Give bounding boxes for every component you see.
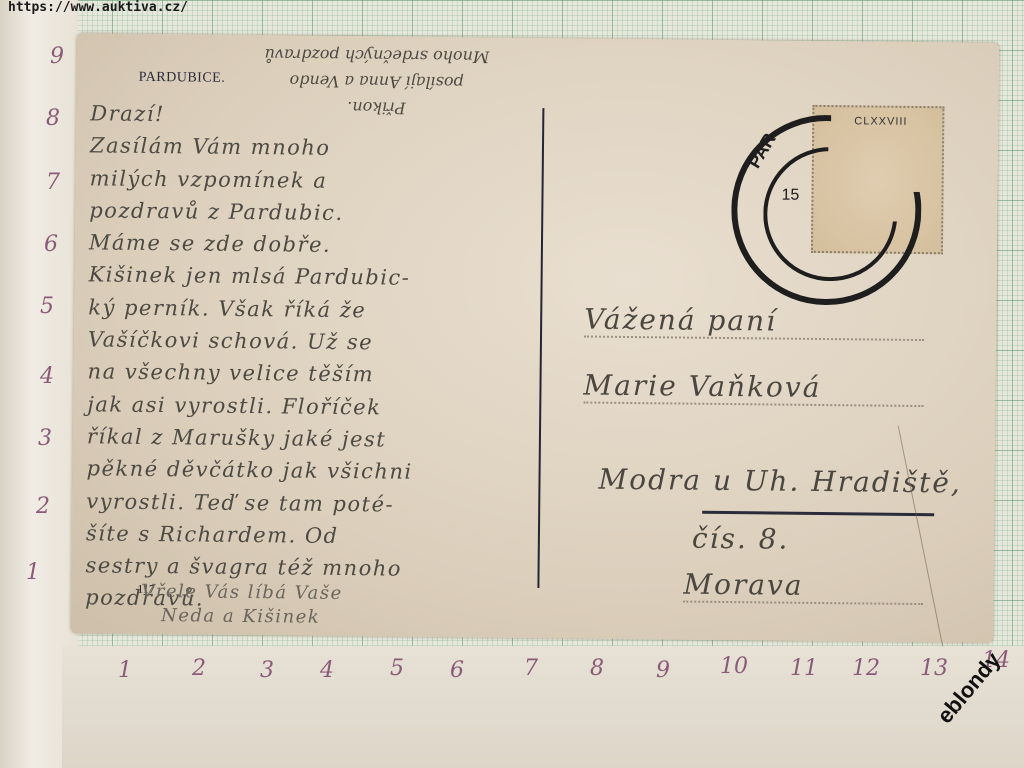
ruler-label-horizontal: 11 bbox=[790, 656, 818, 681]
ruler-label-horizontal: 1 bbox=[118, 658, 132, 683]
postmark-day: 15 bbox=[781, 187, 799, 205]
address-salutation: Vážená paní bbox=[584, 303, 924, 342]
postcard: PARDUBICE. Přikon. posílají Anna a Vendo… bbox=[71, 33, 999, 643]
stamp-code: CLXXVIII bbox=[854, 115, 907, 128]
ruler-label-vertical: 6 bbox=[44, 232, 58, 257]
message-line: Kišinek jen mlsá Pardubic- bbox=[88, 259, 548, 296]
ruler-label-vertical: 2 bbox=[36, 494, 50, 519]
message-line: Máme se zde dobře. bbox=[89, 227, 549, 264]
address-house-number: čís. 8. bbox=[692, 522, 892, 557]
note-line: Mnoho srdečných pozdravů bbox=[197, 40, 557, 70]
address-region: Morava bbox=[683, 568, 923, 606]
message-line: šíte s Richardem. Od bbox=[86, 517, 546, 554]
signature: Vřele Vás líbá Vaše Neda a Kišinek bbox=[141, 580, 343, 630]
ruler-label-horizontal: 12 bbox=[852, 656, 880, 681]
handwritten-message: Drazí! Zasílám Vám mnoho milých vzpomíne… bbox=[85, 97, 550, 619]
ruler-label-vertical: 5 bbox=[40, 294, 54, 319]
message-line: Zasílám Vám mnoho bbox=[90, 130, 550, 167]
ruler-label-horizontal: 3 bbox=[260, 658, 274, 683]
ruler-label-vertical: 3 bbox=[38, 426, 52, 451]
ruler-label-vertical: 1 bbox=[26, 560, 40, 585]
ruler-label-horizontal: 2 bbox=[192, 656, 206, 681]
ruler-label-horizontal: 10 bbox=[720, 654, 748, 679]
note-line: posílají Anna a Vendo bbox=[197, 66, 557, 96]
ruler-label-vertical: 7 bbox=[46, 170, 60, 195]
message-line: pozdravů z Pardubic. bbox=[89, 194, 549, 231]
source-url-watermark: https://www.auktiva.cz/ bbox=[8, 0, 188, 15]
ruler-label-horizontal: 4 bbox=[320, 658, 334, 683]
ruler-label-horizontal: 7 bbox=[524, 656, 538, 681]
message-line: na všechny velice těším bbox=[87, 356, 547, 393]
message-line: Drazí! bbox=[90, 97, 550, 134]
message-line: ký perník. Však říká že bbox=[88, 291, 548, 328]
ruler-label-horizontal: 8 bbox=[590, 656, 604, 681]
ruler-label-horizontal: 6 bbox=[450, 658, 464, 683]
ruler-label-horizontal: 5 bbox=[390, 656, 404, 681]
message-line: pěkné děvčátko jak všichni bbox=[86, 453, 546, 490]
message-line: vyrostli. Teď se tam poté- bbox=[86, 485, 546, 522]
message-line: milých vzpomínek a bbox=[89, 162, 549, 199]
ruler-label-vertical: 4 bbox=[40, 364, 54, 389]
message-line: Vašíčkovi schová. Už se bbox=[88, 323, 548, 360]
signature-line: Vřele Vás líbá Vaše bbox=[141, 580, 343, 606]
ruler-label-vertical: 8 bbox=[46, 106, 60, 131]
ruler-label-vertical: 9 bbox=[50, 44, 64, 69]
message-line: říkal z Marušky jaké jest bbox=[87, 420, 547, 457]
signature-line: Neda a Kišinek bbox=[141, 604, 343, 630]
address-underline bbox=[702, 511, 934, 516]
ruler-label-horizontal: 13 bbox=[920, 656, 948, 681]
address-town: Modra u Uh. Hradiště, bbox=[598, 463, 938, 500]
ruler-label-horizontal: 9 bbox=[656, 658, 670, 683]
message-line: jak asi vyrostli. Floříček bbox=[87, 388, 547, 425]
address-name: Marie Vaňková bbox=[583, 369, 923, 408]
